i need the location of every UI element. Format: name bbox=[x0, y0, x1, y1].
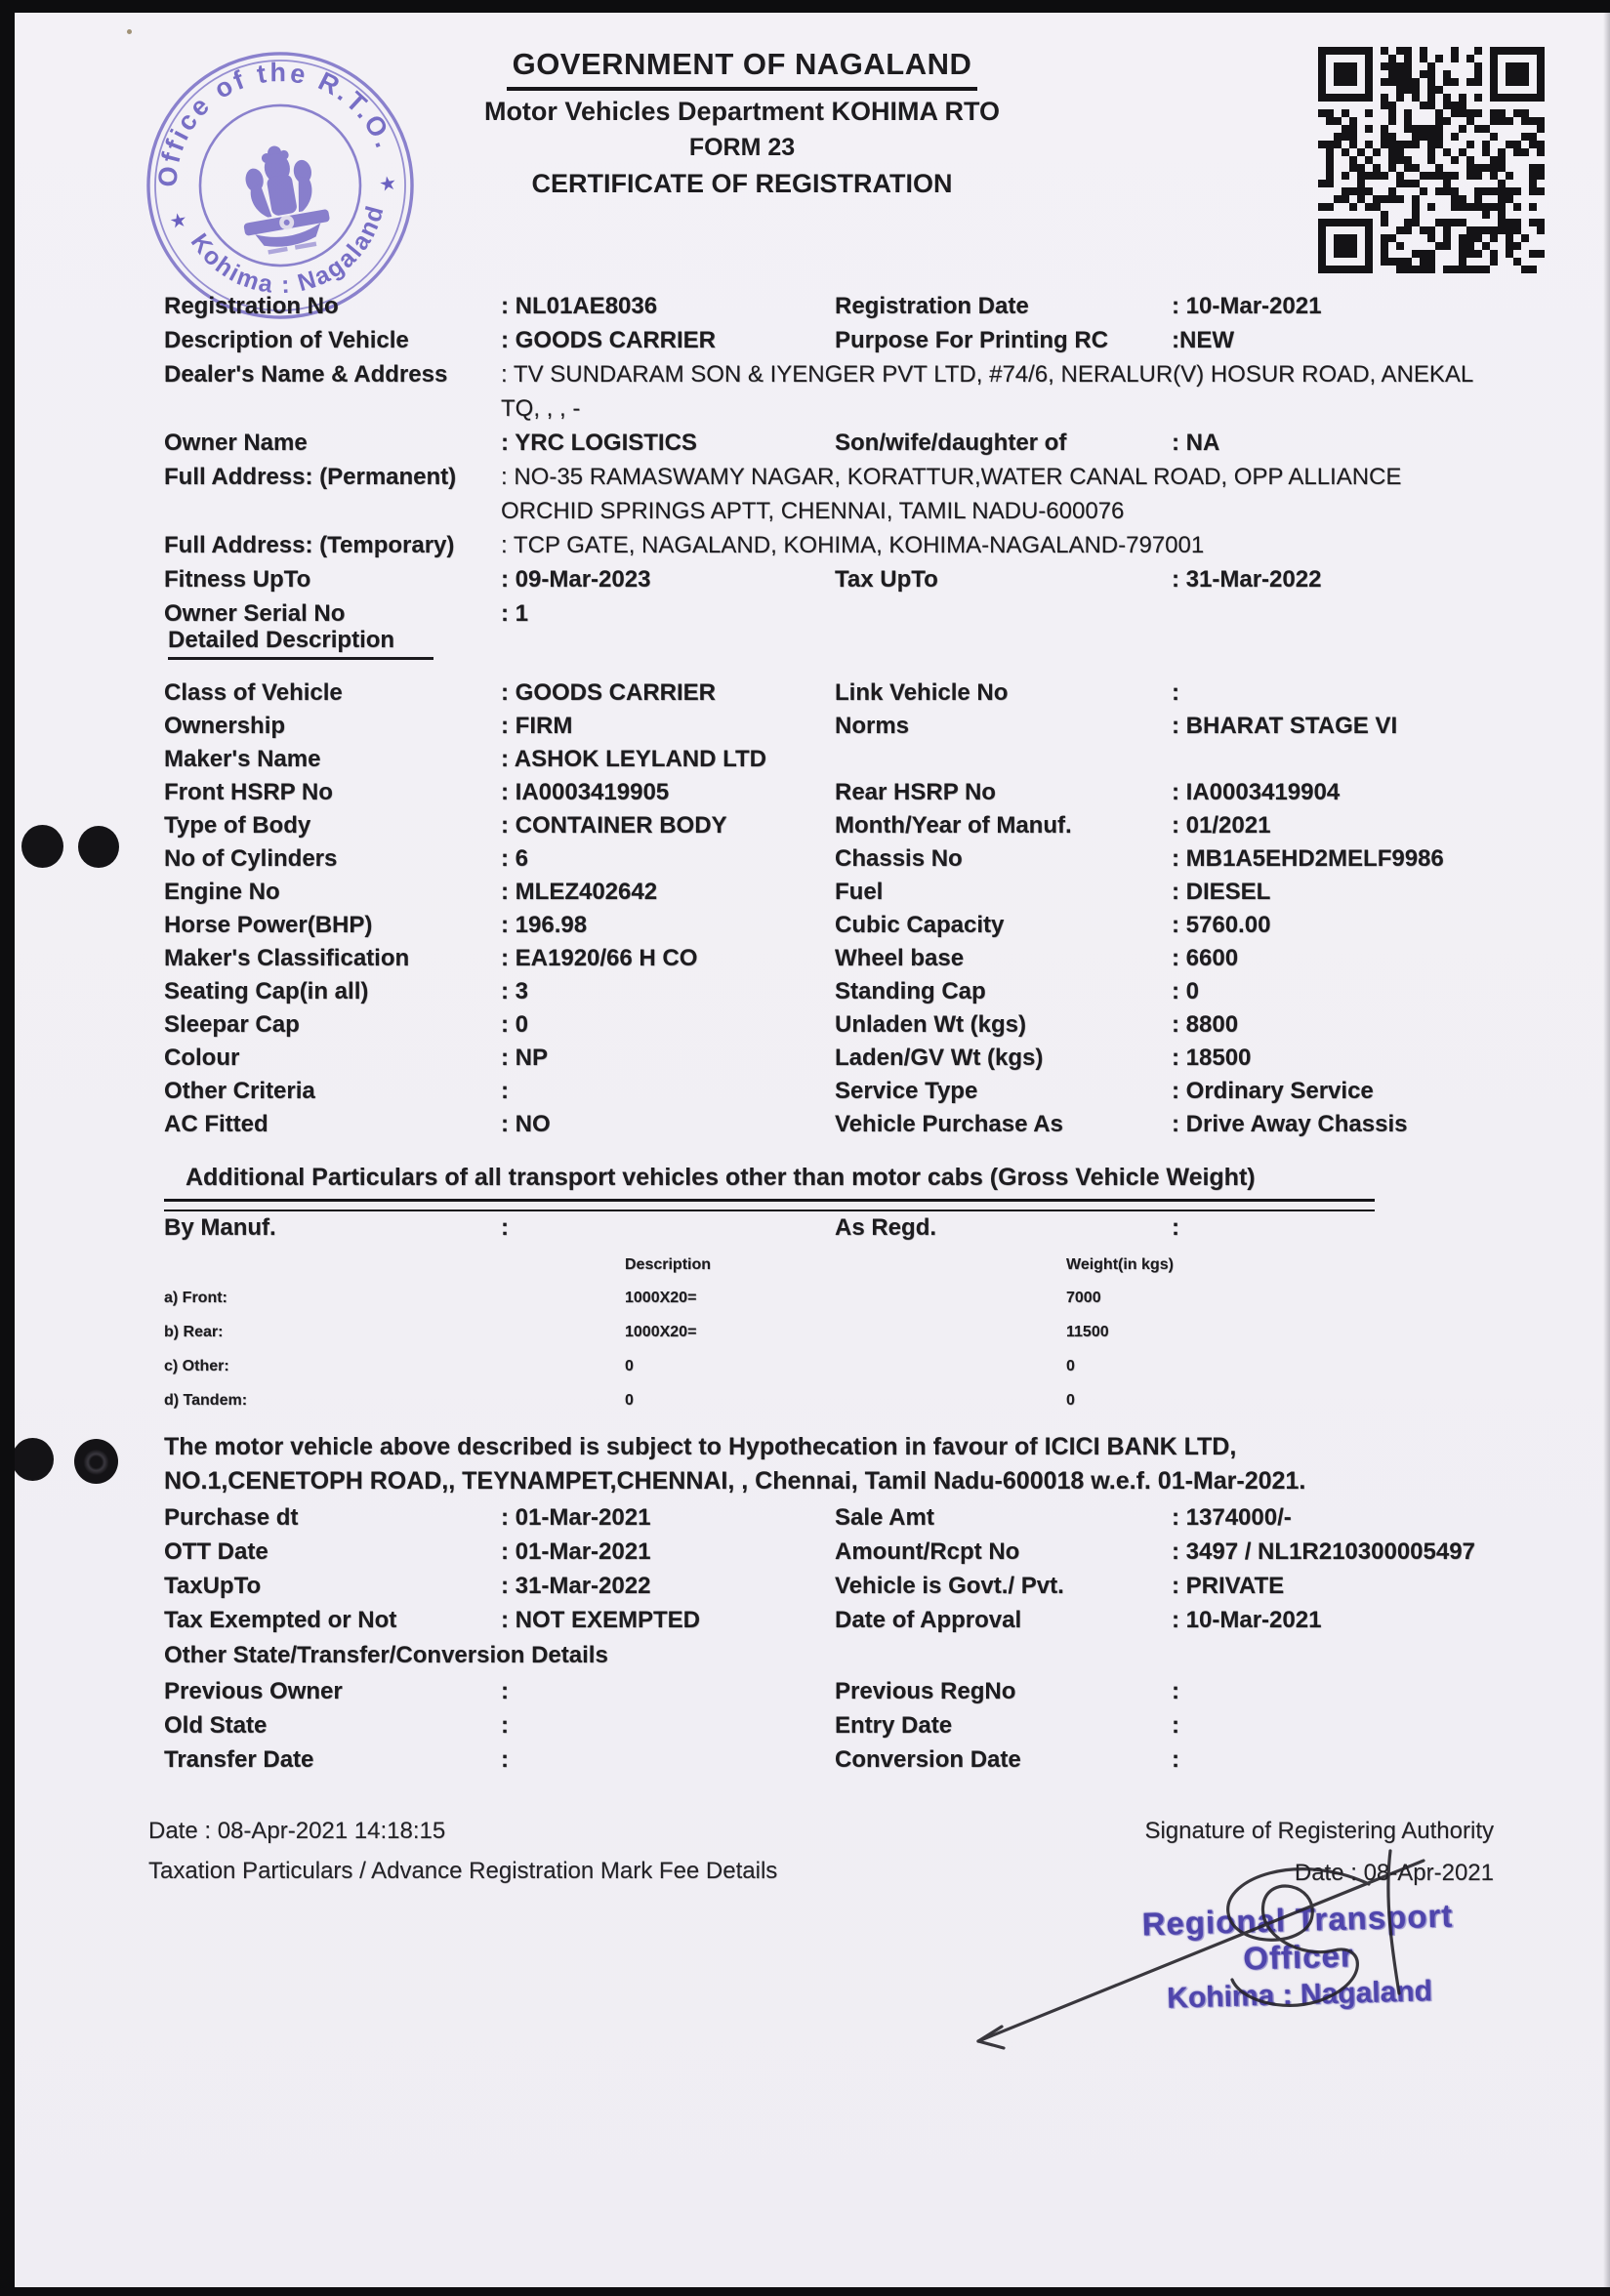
ink-dot bbox=[78, 826, 119, 868]
scan-edge-top bbox=[0, 0, 1610, 13]
ink-dot bbox=[74, 1439, 118, 1484]
scan-edge-left bbox=[0, 0, 15, 2296]
ink-dot bbox=[12, 1438, 54, 1481]
ink-dot bbox=[21, 825, 63, 868]
scan-edge-bottom bbox=[0, 2287, 1610, 2296]
registering-authority-signature bbox=[0, 0, 1610, 2296]
certificate-of-registration-page: Office of the R.T.O. Kohima : Nagaland ★… bbox=[0, 0, 1610, 2296]
